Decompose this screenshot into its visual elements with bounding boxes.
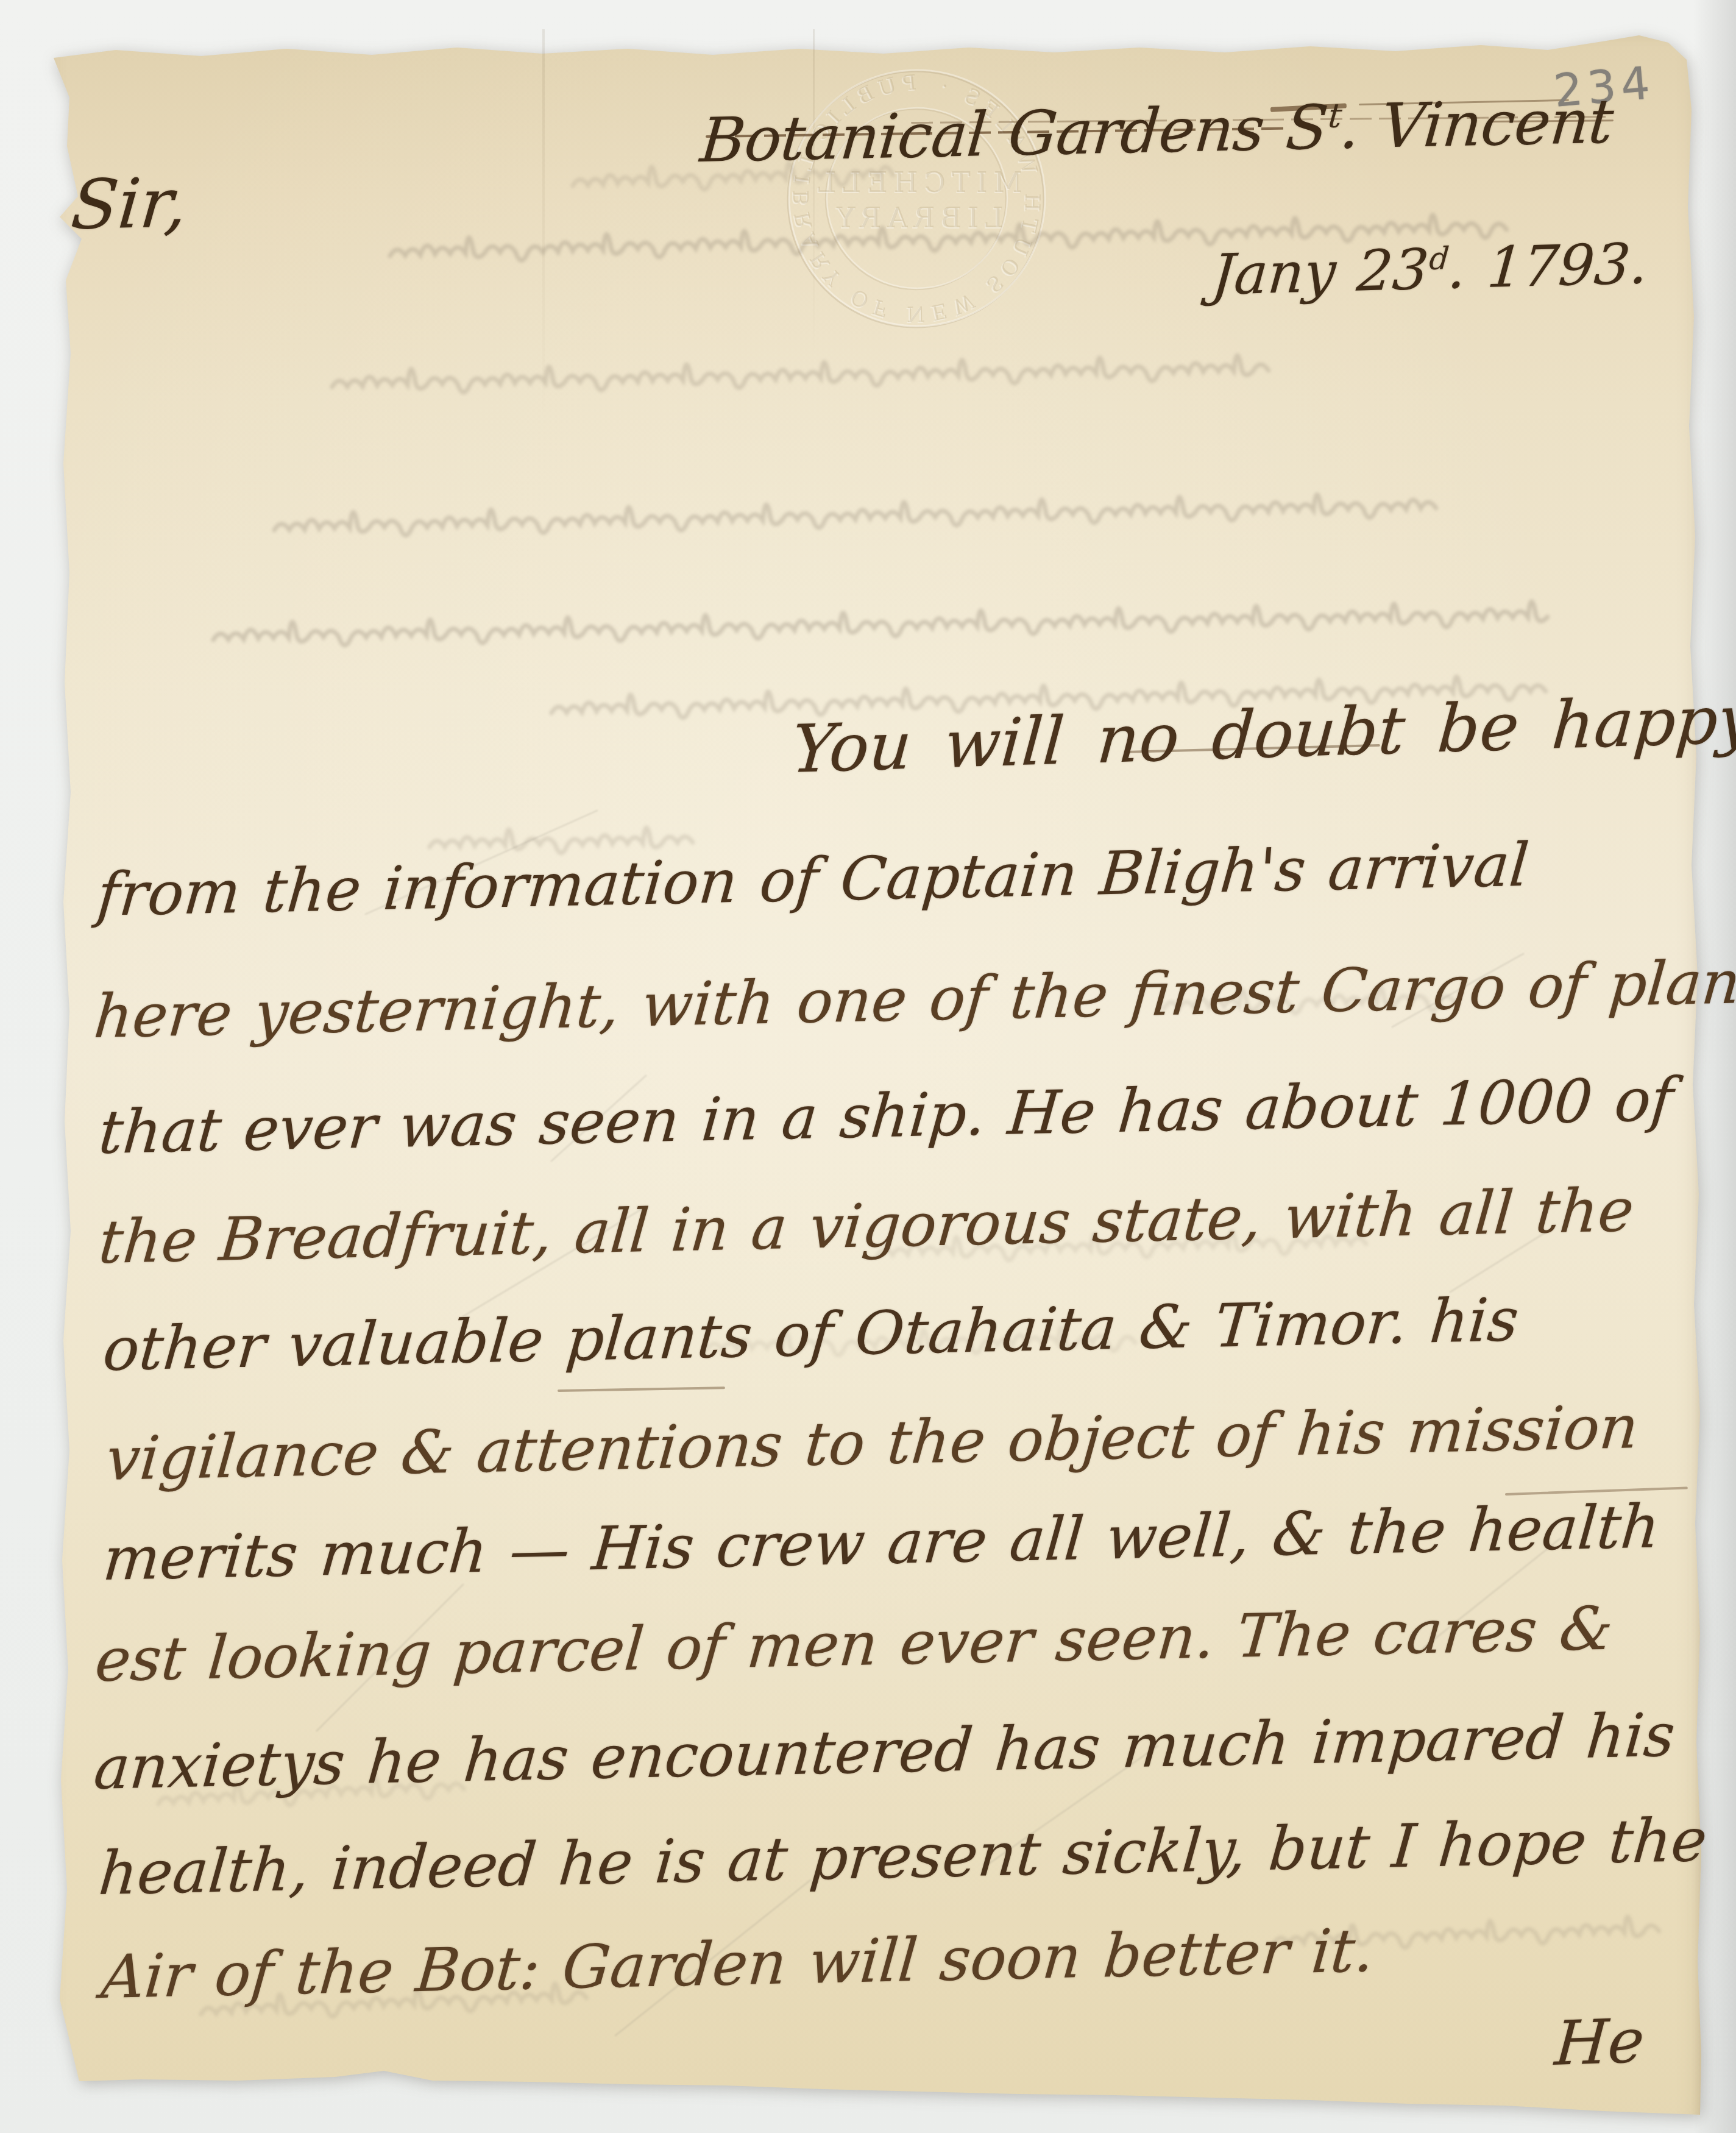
- backdrop-shadow: [1693, 0, 1736, 2133]
- superscript-d: d: [1428, 240, 1450, 277]
- salutation: Sir,: [68, 163, 191, 245]
- photo-backdrop: PUBLIC LIBRARY OF NEW SOUTH WALES · PUBL…: [0, 0, 1736, 2133]
- heading-date-line: Jany 23d. 1793.: [1210, 231, 1651, 308]
- fold-crease: [542, 29, 545, 419]
- catchword: He: [1553, 2005, 1647, 2079]
- fold-crease: [813, 29, 815, 358]
